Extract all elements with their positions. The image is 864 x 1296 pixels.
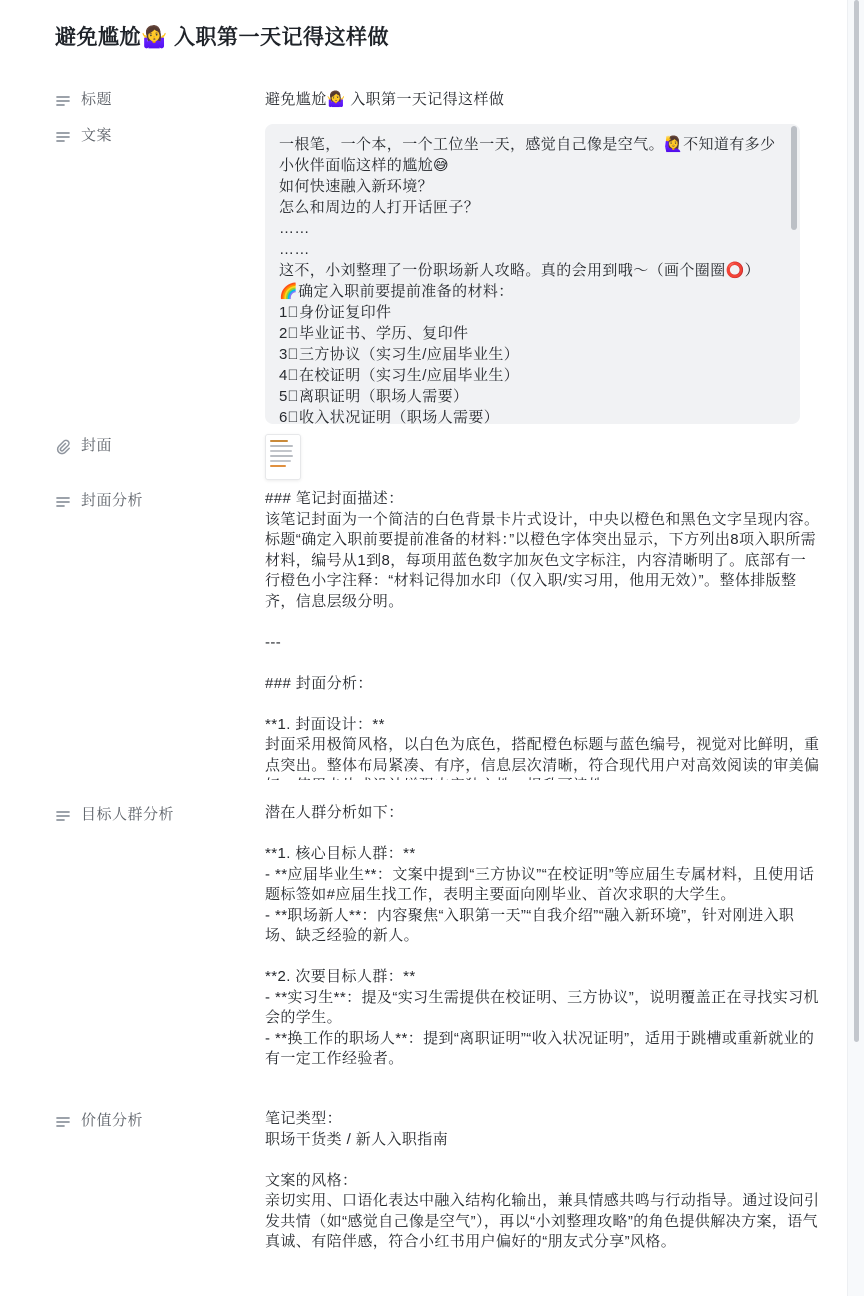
field-label-copy[interactable]: 文案 — [55, 124, 241, 146]
page-scrollbar-thumb[interactable] — [854, 0, 859, 1042]
copy-text: 一根笔，一个本，一个工位坐一天，感觉自己像是空气。🙋‍♀️不知道有多少小伙伴面临… — [279, 134, 786, 424]
value-analysis-field-value[interactable]: 笔记类型： 职场干货类 / 新人入职指南 文案的风格： 亲切实用、口语化表达中融… — [265, 1109, 820, 1285]
field-label-value-analysis[interactable]: 价值分析 — [55, 1109, 241, 1131]
text-lines-icon — [55, 808, 71, 824]
field-label-cover-analysis[interactable]: 封面分析 — [55, 489, 241, 511]
page-title[interactable]: 避免尴尬🤷‍♀️ 入职第一天记得这样做 — [55, 24, 820, 52]
cover-thumbnail[interactable] — [265, 434, 301, 480]
field-row-cover: 封面 — [55, 434, 820, 480]
paperclip-icon — [55, 439, 71, 455]
text-lines-icon — [55, 1114, 71, 1130]
field-label-audience-analysis[interactable]: 目标人群分析 — [55, 803, 241, 825]
field-label-cover[interactable]: 封面 — [55, 434, 241, 456]
cover-field-value — [265, 434, 820, 480]
field-label-text: 标题 — [81, 90, 112, 110]
field-row-cover-analysis: 封面分析 ### 笔记封面描述： 该笔记封面为一个简洁的白色背景卡片式设计，中央… — [55, 489, 820, 803]
field-row-audience-analysis: 目标人群分析 潜在人群分析如下： **1. 核心目标人群：** - **应届毕业… — [55, 803, 820, 1109]
field-row-title: 标题 避免尴尬🤷‍♀️ 入职第一天记得这样做 — [55, 88, 820, 111]
record-detail-page: 避免尴尬🤷‍♀️ 入职第一天记得这样做 标题 避免尴尬🤷‍♀️ 入职第一天记得这… — [0, 0, 864, 1296]
cover-analysis-field-value[interactable]: ### 笔记封面描述： 该笔记封面为一个简洁的白色背景卡片式设计，中央以橙色和黑… — [265, 489, 820, 780]
audience-analysis-field-value[interactable]: 潜在人群分析如下： **1. 核心目标人群：** - **应届毕业生**：文案中… — [265, 803, 820, 1086]
cover-analysis-text: ### 笔记封面描述： 该笔记封面为一个简洁的白色背景卡片式设计，中央以橙色和黑… — [265, 489, 820, 780]
page-scrollbar-track[interactable] — [847, 0, 864, 1296]
field-label-text: 目标人群分析 — [81, 805, 174, 825]
field-label-text: 封面 — [81, 436, 112, 456]
field-row-copy: 文案 一根笔，一个本，一个工位坐一天，感觉自己像是空气。🙋‍♀️不知道有多少小伙… — [55, 124, 820, 424]
value-analysis-text: 笔记类型： 职场干货类 / 新人入职指南 文案的风格： 亲切实用、口语化表达中融… — [265, 1109, 820, 1253]
text-lines-icon — [55, 93, 71, 109]
copy-scrollbar-thumb[interactable] — [791, 126, 797, 230]
field-label-text: 价值分析 — [81, 1111, 143, 1131]
audience-analysis-text: 潜在人群分析如下： **1. 核心目标人群：** - **应届毕业生**：文案中… — [265, 803, 820, 1070]
copy-field-value[interactable]: 一根笔，一个本，一个工位坐一天，感觉自己像是空气。🙋‍♀️不知道有多少小伙伴面临… — [265, 124, 800, 424]
text-lines-icon — [55, 129, 71, 145]
field-label-title[interactable]: 标题 — [55, 88, 241, 110]
text-lines-icon — [55, 494, 71, 510]
field-row-value-analysis: 价值分析 笔记类型： 职场干货类 / 新人入职指南 文案的风格： 亲切实用、口语… — [55, 1109, 820, 1285]
title-field-value[interactable]: 避免尴尬🤷‍♀️ 入职第一天记得这样做 — [265, 88, 820, 111]
field-label-text: 文案 — [81, 126, 112, 146]
field-label-text: 封面分析 — [81, 491, 143, 511]
record-content: 避免尴尬🤷‍♀️ 入职第一天记得这样做 标题 避免尴尬🤷‍♀️ 入职第一天记得这… — [0, 0, 864, 1285]
